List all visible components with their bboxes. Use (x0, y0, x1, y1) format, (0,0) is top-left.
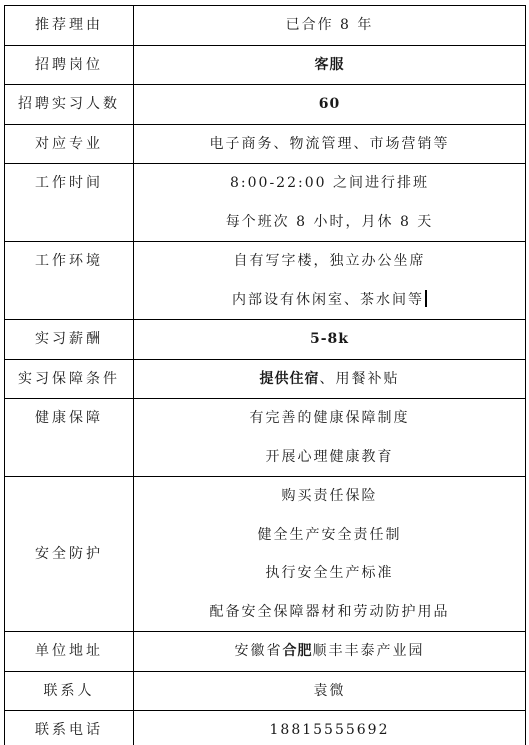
row-label: 工作时间 (35, 164, 103, 203)
value-cell[interactable]: 18815555692 (134, 711, 526, 745)
label-cell: 工作环境 (5, 242, 134, 320)
row-value: 18815555692 (270, 711, 390, 745)
row-recommend-reason: 推荐理由 已合作 8 年 (5, 6, 526, 46)
row-value-line: 自有写字楼，独立办公坐席 (234, 242, 426, 281)
row-value-line: 执行安全生产标准 (266, 554, 394, 593)
label-cell: 实习保障条件 (5, 359, 134, 399)
row-value: 袁微 (314, 672, 346, 711)
row-work-env: 工作环境 自有写字楼，独立办公坐席 内部设有休闲室、茶水间等 (5, 242, 526, 320)
row-label: 实习薪酬 (35, 320, 103, 359)
label-cell: 健康保障 (5, 399, 134, 477)
row-value-line: 8:00-22:00 之间进行排班 (230, 164, 429, 203)
row-phone: 联系电话 18815555692 (5, 711, 526, 745)
row-label: 实习保障条件 (18, 360, 120, 399)
value-cell[interactable]: 电子商务、物流管理、市场营销等 (134, 124, 526, 164)
row-value-line: 配备安全保障器材和劳动防护用品 (210, 593, 450, 632)
row-value: 客服 (315, 46, 345, 85)
label-cell: 对应专业 (5, 124, 134, 164)
row-value: 60 (319, 85, 340, 124)
value-cell[interactable]: 5-8k (134, 320, 526, 360)
row-label: 联系人 (44, 672, 95, 711)
row-label: 健康保障 (35, 399, 103, 438)
internship-info-table: 推荐理由 已合作 8 年 招聘岗位 客服 招聘实习人数 60 对应专业 电子商务… (4, 5, 526, 745)
label-cell: 联系人 (5, 671, 134, 711)
row-position: 招聘岗位 客服 (5, 45, 526, 85)
row-label: 单位地址 (35, 632, 103, 671)
row-label: 推荐理由 (35, 6, 103, 45)
value-cell[interactable]: 购买责任保险 健全生产安全责任制 执行安全生产标准 配备安全保障器材和劳动防护用… (134, 477, 526, 632)
row-salary: 实习薪酬 5-8k (5, 320, 526, 360)
row-address: 单位地址 安徽省合肥顺丰丰泰产业园 (5, 632, 526, 672)
value-cell[interactable]: 袁微 (134, 671, 526, 711)
row-value-text: 内部设有休闲室、茶水间等 (232, 292, 424, 308)
row-value-line: 购买责任保险 (282, 477, 378, 516)
row-health: 健康保障 有完善的健康保障制度 开展心理健康教育 (5, 399, 526, 477)
value-cell[interactable]: 8:00-22:00 之间进行排班 每个班次 8 小时，月休 8 天 (134, 164, 526, 242)
label-cell: 实习薪酬 (5, 320, 134, 360)
label-cell: 招聘实习人数 (5, 85, 134, 125)
row-value-bold: 提供住宿 (260, 371, 320, 387)
row-label: 联系电话 (35, 711, 103, 745)
row-value-line: 开展心理健康教育 (266, 438, 394, 477)
row-value-line: 每个班次 8 小时，月休 8 天 (226, 203, 434, 242)
value-cell[interactable]: 已合作 8 年 (134, 6, 526, 46)
row-value: 5-8k (310, 320, 349, 359)
label-cell: 联系电话 (5, 711, 134, 745)
label-cell: 工作时间 (5, 164, 134, 242)
row-value-line: 健全生产安全责任制 (258, 516, 402, 555)
row-contact: 联系人 袁微 (5, 671, 526, 711)
row-label: 招聘岗位 (35, 46, 103, 85)
row-value-line-with-caret: 内部设有休闲室、茶水间等 (232, 281, 427, 320)
row-label: 安全防护 (35, 535, 103, 574)
value-cell[interactable]: 安徽省合肥顺丰丰泰产业园 (134, 632, 526, 672)
row-value-normal: 、用餐补贴 (320, 371, 400, 387)
row-majors: 对应专业 电子商务、物流管理、市场营销等 (5, 124, 526, 164)
label-cell: 单位地址 (5, 632, 134, 672)
row-safety: 安全防护 购买责任保险 健全生产安全责任制 执行安全生产标准 配备安全保障器材和… (5, 477, 526, 632)
row-value: 提供住宿、用餐补贴 (260, 360, 400, 399)
value-cell[interactable]: 提供住宿、用餐补贴 (134, 359, 526, 399)
label-cell: 招聘岗位 (5, 45, 134, 85)
row-value: 已合作 8 年 (286, 6, 374, 45)
row-label: 工作环境 (35, 242, 103, 281)
value-cell[interactable]: 60 (134, 85, 526, 125)
value-cell[interactable]: 有完善的健康保障制度 开展心理健康教育 (134, 399, 526, 477)
row-work-time: 工作时间 8:00-22:00 之间进行排班 每个班次 8 小时，月休 8 天 (5, 164, 526, 242)
row-intern-count: 招聘实习人数 60 (5, 85, 526, 125)
row-label: 对应专业 (35, 125, 103, 164)
row-label: 招聘实习人数 (18, 85, 120, 124)
row-value: 电子商务、物流管理、市场营销等 (210, 125, 450, 164)
row-value-normal: 安徽省 (235, 643, 283, 659)
label-cell: 推荐理由 (5, 6, 134, 46)
row-value-bold: 合肥 (283, 643, 313, 659)
row-value-normal: 顺丰丰泰产业园 (313, 643, 425, 659)
text-caret (425, 290, 427, 307)
row-support: 实习保障条件 提供住宿、用餐补贴 (5, 359, 526, 399)
value-cell[interactable]: 客服 (134, 45, 526, 85)
row-value: 安徽省合肥顺丰丰泰产业园 (235, 632, 425, 671)
row-value-line: 有完善的健康保障制度 (250, 399, 410, 438)
value-cell[interactable]: 自有写字楼，独立办公坐席 内部设有休闲室、茶水间等 (134, 242, 526, 320)
label-cell: 安全防护 (5, 477, 134, 632)
